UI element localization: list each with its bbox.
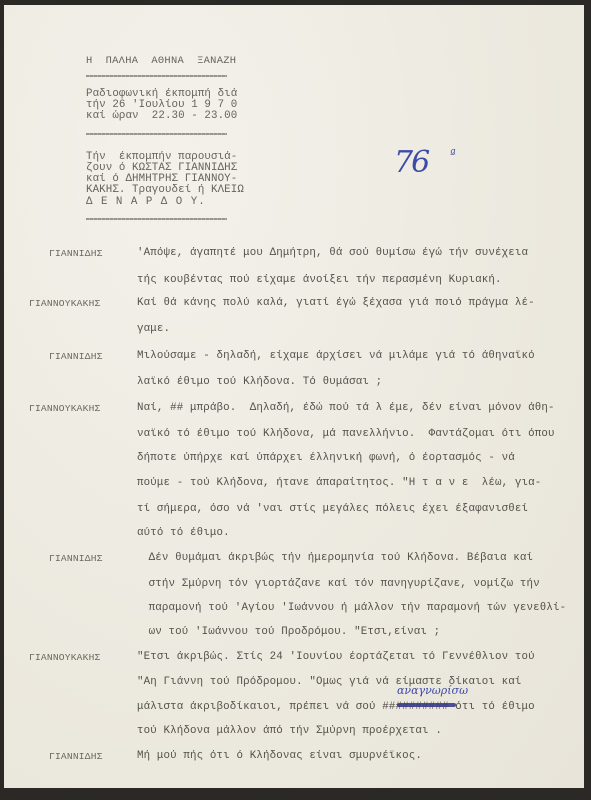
dialogue-line: δήποτε ύπήρχε καί ύπάρχει έλληνική φωνή,… xyxy=(137,452,515,464)
header-rule xyxy=(86,75,227,77)
presenters-line: ΚΑΚΗΣ. Τραγουδεί ή ΚΛΕΙΩ xyxy=(86,185,244,196)
speaker-label: ΓΙΑΝΝΟΥΚΑΚΗΣ xyxy=(29,298,101,309)
dialogue-line: Ναί, ## μπράβο. Δηλαδή, έδώ πού τά λ έμε… xyxy=(137,402,555,414)
speaker-label: ΓΙΑΝΝΙΔΗΣ xyxy=(49,751,103,762)
speaker-label: ΓΙΑΝΝΙΔΗΣ xyxy=(49,553,103,564)
dialogue-line: τής κουβέντας πού είχαμε άνοίξει τήν περ… xyxy=(137,274,502,286)
dialogue-line: αύτό τό έθιμο. xyxy=(137,527,230,539)
dialogue-line: Μιλούσαμε - δηλαδή, είχαμε άρχίσει νά μι… xyxy=(137,350,535,362)
dialogue-line: Καί θά κάνης πολύ καλά, γιατί έγώ ξέχασα… xyxy=(137,297,535,309)
handwritten-page-suffix: ª xyxy=(450,147,456,161)
dialogue-line: μάλιστα άκριβοδίκαιοι, πρέπει νά σού ###… xyxy=(137,701,535,713)
dialogue-line: παραμονή τού 'Αγίου 'Ιωάννου ή μάλλον τή… xyxy=(142,602,566,614)
speaker-label: ΓΙΑΝΝΙΔΗΣ xyxy=(49,351,103,362)
typewritten-page: Η ΠΑΛΗΑ ΑΘΗΝΑ ΞΑΝΑΖΗ Ραδιοφωνική έκπομπή… xyxy=(4,5,584,788)
dialogue-line: ων τού 'Ιωάννου τού Προδρόμου. "Ετσι,είν… xyxy=(142,626,440,638)
dialogue-line: τού Κλήδονα μάλλον άπό τήν Σμύρνη προέρχ… xyxy=(137,725,442,737)
dialogue-line: "Ετσι άκριβώς. Στίς 24 'Ιουνίου έορτάζετ… xyxy=(137,651,535,663)
presenters-line: Δ Ε Ν Α Ρ Δ Ο Υ. xyxy=(86,197,206,208)
dialogue-line: Δέν θυμάμαι άκριβώς τήν ήμερομηνία τού Κ… xyxy=(142,552,533,564)
dialogue-line: τί σήμερα, όσο νά 'ναι στίς μεγάλες πόλε… xyxy=(137,503,528,515)
broadcast-line: καί ώραν 22.30 - 23.00 xyxy=(86,111,237,122)
handwritten-page-number: 76 xyxy=(394,145,428,180)
dialogue-line: γαμε. xyxy=(137,323,170,335)
dialogue-line: 'Απόψε, άγαπητέ μου Δημήτρη, θά σού θυμί… xyxy=(137,247,528,259)
speaker-label: ΓΙΑΝΝΟΥΚΑΚΗΣ xyxy=(29,652,101,663)
dialogue-line: λαϊκό έθιμο τού Κλήδονα. Τό θυμάσαι ; xyxy=(137,376,382,388)
dialogue-line: πούμε - τού Κλήδονα, ήτανε άπαραίτητος. … xyxy=(137,477,541,489)
header-rule xyxy=(86,133,227,135)
program-title: Η ΠΑΛΗΑ ΑΘΗΝΑ ΞΑΝΑΖΗ xyxy=(86,56,236,67)
dialogue-line: Μή μού πής ότι ό Κλήδονας είναι σμυρνέϊκ… xyxy=(137,750,422,762)
strikethrough-mark xyxy=(397,703,456,707)
dialogue-line: ναϊκό τό έθιμο τού Κλήδονα, μά πανελλήνι… xyxy=(137,428,555,440)
header-rule xyxy=(86,218,227,220)
dialogue-line: στήν Σμύρνη τόν γιορτάζανε καί τόν πανηγ… xyxy=(142,578,540,590)
speaker-label: ΓΙΑΝΝΙΔΗΣ xyxy=(49,248,103,259)
speaker-label: ΓΙΑΝΝΟΥΚΑΚΗΣ xyxy=(29,403,101,414)
handwritten-correction: αναγνωρίσω xyxy=(397,684,468,697)
